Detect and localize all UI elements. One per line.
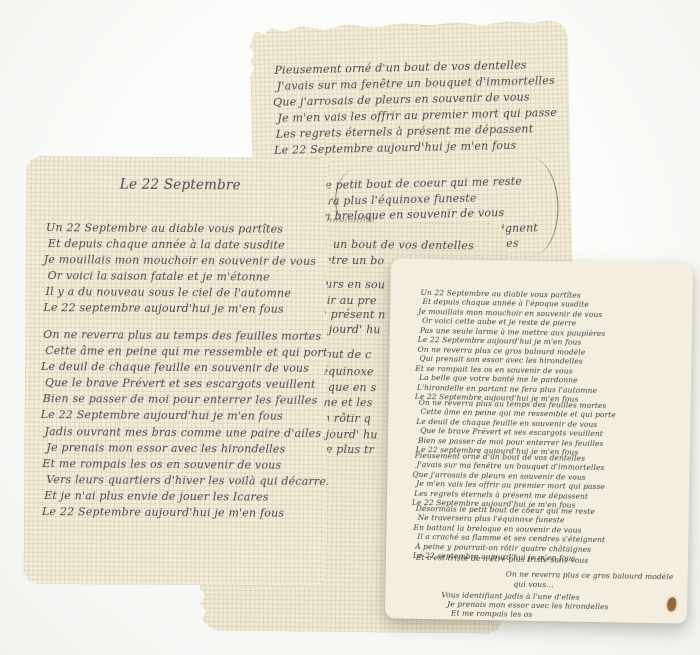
stanza-block: Pieusement orné d'un bout de vos dentell… [274, 57, 556, 159]
handwriting-fragment: etre un bo [325, 254, 385, 269]
handwritten-line: Le 22 Septembre aujourd'hui je m'en fous [42, 504, 334, 522]
poem-title: Le 22 Septembre [26, 176, 334, 194]
draft-line: Et me rompais les os [451, 608, 533, 618]
stanza-block: Jadis ouvrant mes bras comme une paire d… [44, 424, 336, 521]
handwriting-fragment: ajourd' hu [322, 323, 381, 338]
stanza-block: On ne reverra plus ce gros balourd modèl… [417, 345, 598, 405]
handwritten-line: Un 22 Septembre au diable vous partîtes [46, 220, 318, 238]
handwritten-line: Le 22 septembre aujourd'hui je m'en fous [43, 300, 315, 318]
handwriting-fragment: me et les [320, 396, 372, 411]
stanza-block: On ne reverra plus au temps des feuilles… [43, 327, 333, 424]
ink-stain [667, 597, 676, 611]
handwritten-line: Je mouillais mon mouchoir en souvenir de… [44, 252, 316, 270]
handwriting-fragment: eurs en sou [318, 278, 385, 293]
handwritten-line: Et depuis chaque année à la date susdite [48, 236, 320, 254]
handwriting-fragment: rir au pre [321, 294, 377, 309]
paper-smudge [419, 21, 435, 26]
stanza-block: Un 22 Septembre au diable vous partîtesE… [45, 220, 318, 317]
coda-line: Et c'est triste de n'être plus triste sa… [416, 553, 588, 565]
manuscript-sheet-left: Le 22 Septembre Un 22 Septembre au diabl… [24, 156, 335, 586]
handwriting-fragment: à présent n [320, 308, 385, 323]
handwriting-fragment: ajourd' hu [319, 428, 378, 443]
annotation-bracket-right [530, 157, 559, 256]
handwritten-line: Or voici la saison fatale et je m'étonne [48, 268, 320, 286]
photo-backdrop: Pieusement orné d'un bout de vos dentell… [0, 0, 700, 655]
handwritten-line: Le 22 Septembre aujourd'hui je m'en fous [41, 407, 330, 425]
draft-line: qui vous… [513, 580, 553, 590]
handwritten-line: Il y a du nouveau sous le ciel de l'auto… [45, 284, 317, 302]
stanza-block: Pieusement orné d'un bout de vos dentell… [414, 451, 604, 511]
handwriting-fragment: un bout de vos dentelles [333, 238, 474, 253]
stanza-block: Un 22 Septembre au diable vous partîtesE… [420, 288, 606, 348]
manuscript-sheet-right: Un 22 Septembre au diable vous partîtesE… [385, 258, 693, 623]
stanza-block: On ne reverra plus au temps des feuilles… [418, 398, 614, 458]
